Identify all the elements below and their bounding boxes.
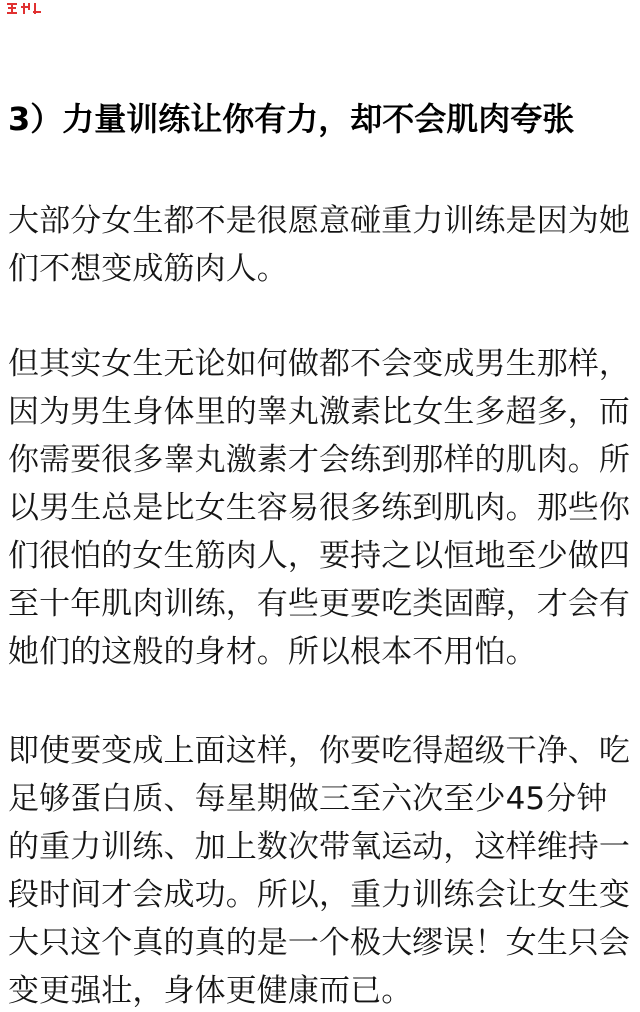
article-paragraph-3: 即使要变成上面这样，你要吃得超级干净、吃足够蛋白质、每星期做三至六次至少45分钟…: [8, 727, 632, 1012]
red-watermark-icon: [7, 1, 41, 14]
article-paragraph-2: 但其实女生无论如何做都不会变成男生那样，因为男生身体里的睾丸激素比女生多超多，而…: [8, 340, 632, 676]
article-heading: 3）力量训练让你有力，却不会肌肉夸张: [8, 99, 632, 139]
article-paragraph-1: 大部分女生都不是很愿意碰重力训练是因为她们不想变成筋肉人。: [8, 197, 632, 293]
article-page: 3）力量训练让你有力，却不会肌肉夸张 大部分女生都不是很愿意碰重力训练是因为她们…: [0, 99, 640, 1012]
